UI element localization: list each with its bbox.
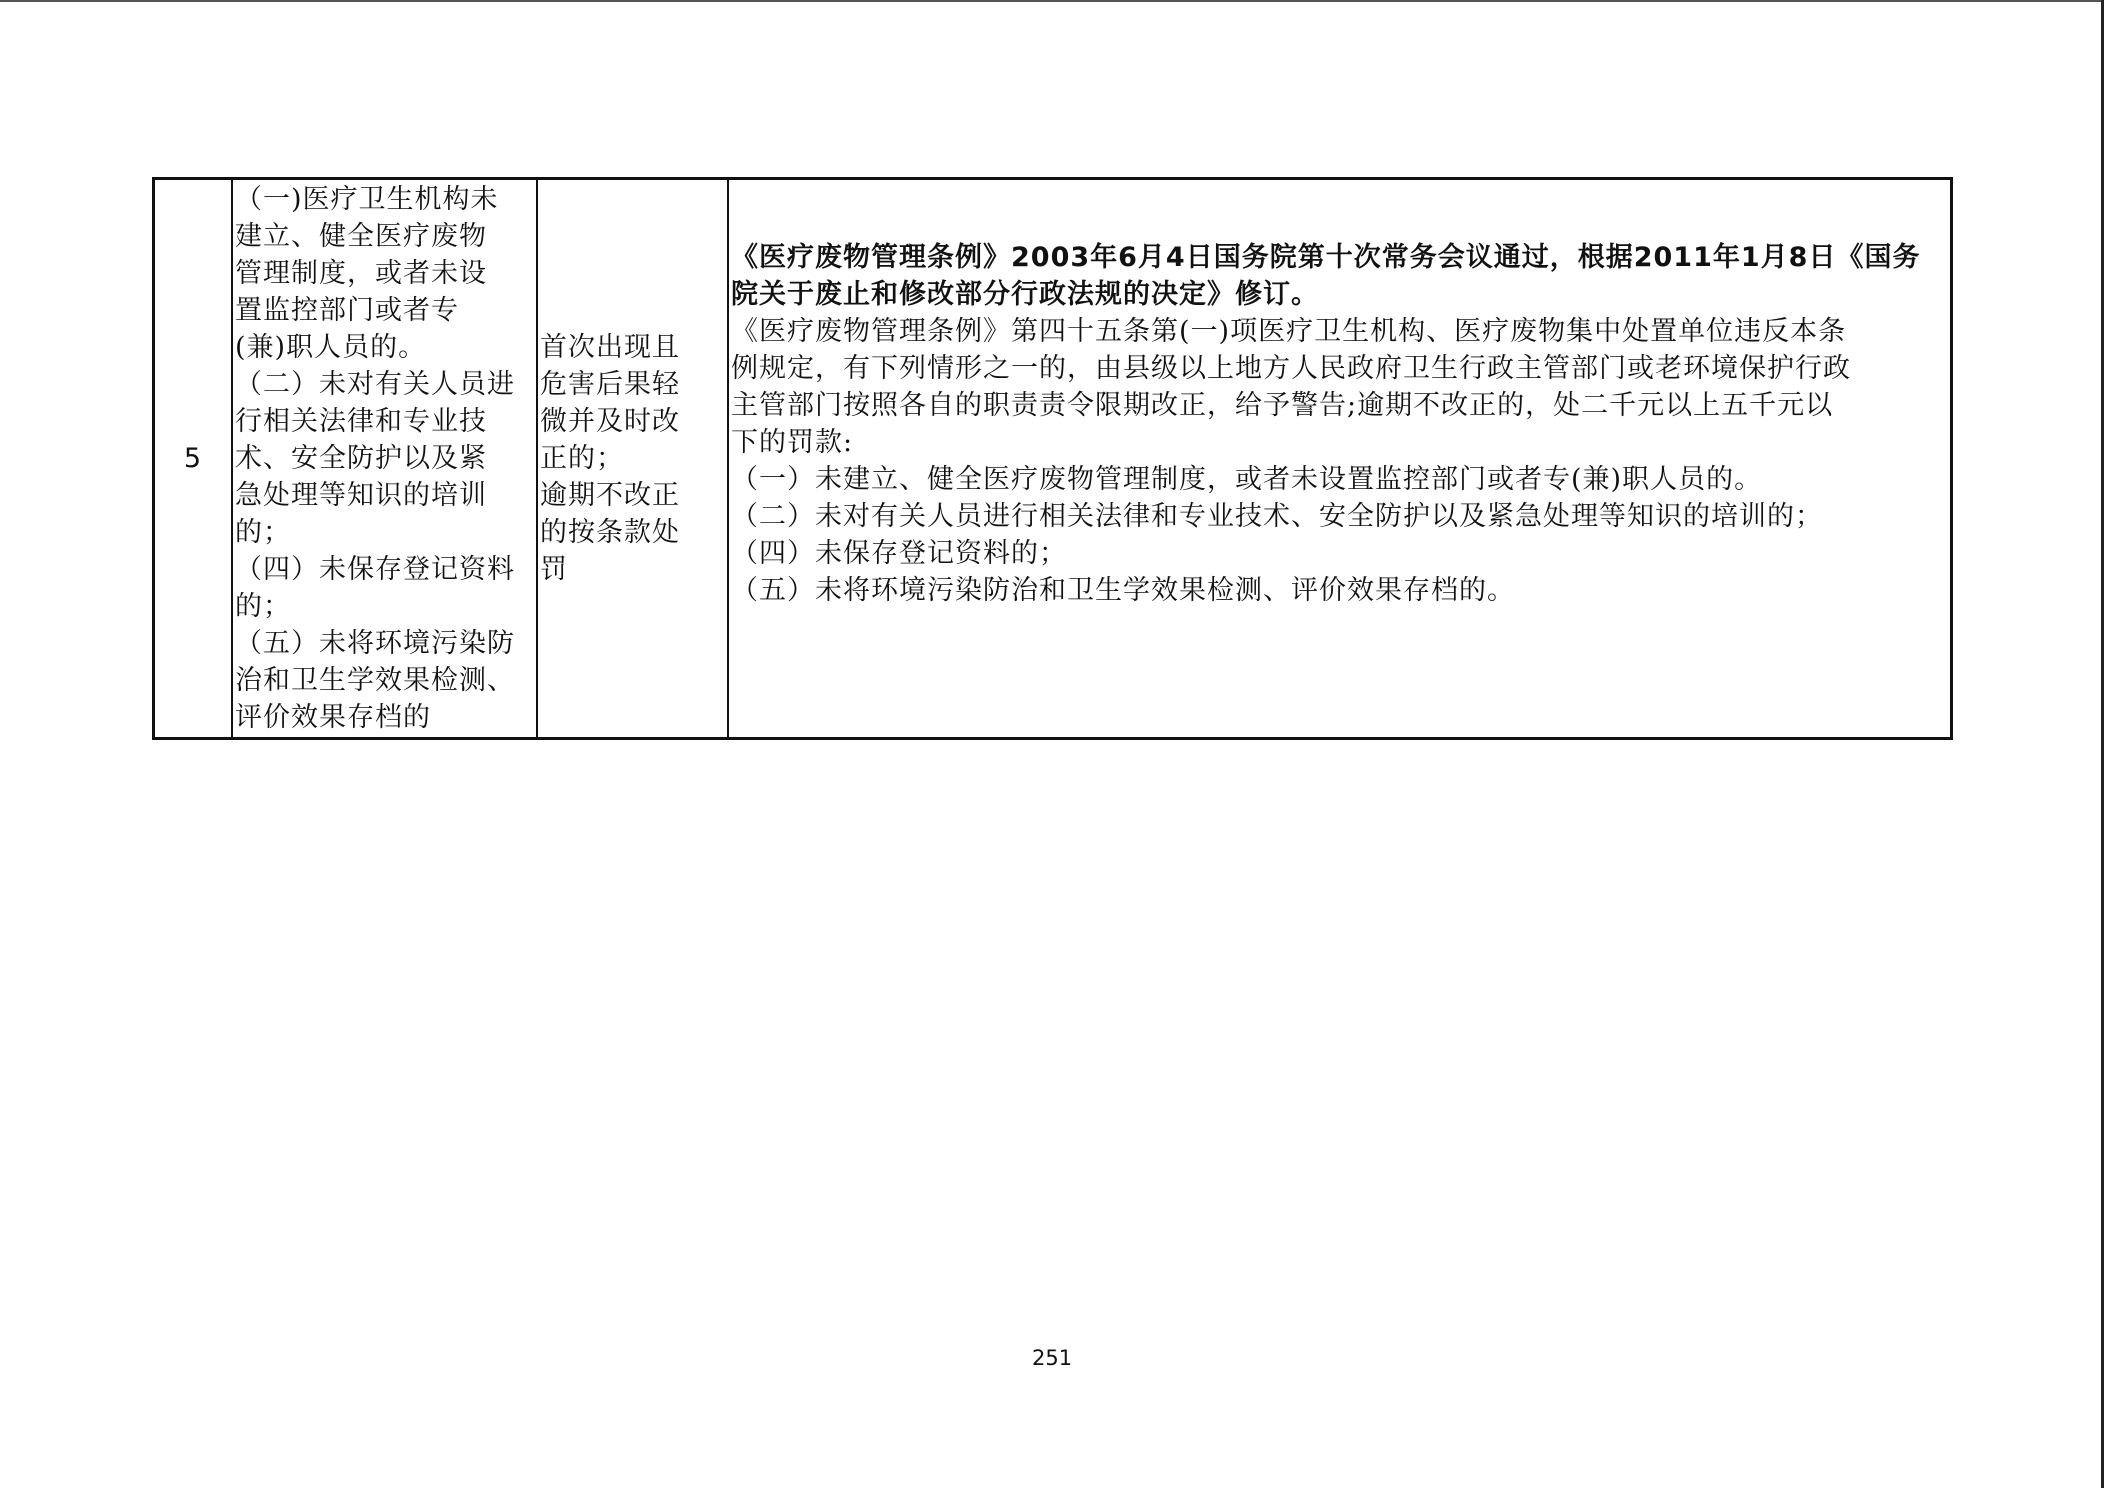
- basis-line: （一）未建立、健全医疗废物管理制度，或者未设置监控部门或者专(兼)职人员的。: [731, 461, 1948, 498]
- standard-line: 首次出现且: [540, 329, 725, 366]
- regulation-title-line: 院关于废止和修改部分行政法规的决定》修订。: [731, 276, 1948, 313]
- penalty-table: 5 （一)医疗卫生机构未 建立、健全医疗废物 管理制度，或者未设 置监控部门或者…: [152, 177, 1953, 740]
- condition-line: （五）未将环境污染防: [235, 625, 534, 662]
- row-number: 5: [184, 443, 202, 474]
- condition-line: 的；: [235, 514, 534, 551]
- basis-line: （四）未保存登记资料的；: [731, 535, 1948, 572]
- condition-line: 管理制度，或者未设: [235, 255, 534, 292]
- basis-line: （二）未对有关人员进行相关法律和专业技术、安全防护以及紧急处理等知识的培训的；: [731, 498, 1948, 535]
- table-row: 5 （一)医疗卫生机构未 建立、健全医疗废物 管理制度，或者未设 置监控部门或者…: [154, 179, 1952, 739]
- regulation-title-line: 《医疗废物管理条例》2003年6月4日国务院第十次常务会议通过，根据2011年1…: [731, 239, 1948, 276]
- condition-line: （二）未对有关人员进: [235, 366, 534, 403]
- page-number: 251: [1032, 1346, 1072, 1370]
- standard-line: 罚: [540, 551, 725, 588]
- standard-line: 危害后果轻: [540, 366, 725, 403]
- basis-line: 主管部门按照各自的职责责令限期改正，给予警告;逾期不改正的，处二千元以上五千元以: [731, 387, 1948, 424]
- page-top-border: [0, 0, 2104, 2]
- condition-line: 行相关法律和专业技: [235, 403, 534, 440]
- condition-line: 治和卫生学效果检测、: [235, 662, 534, 699]
- legal-basis-cell: 《医疗废物管理条例》2003年6月4日国务院第十次常务会议通过，根据2011年1…: [728, 179, 1952, 739]
- basis-line: 例规定，有下列情形之一的，由县级以上地方人民政府卫生行政主管部门或老环境保护行政: [731, 350, 1948, 387]
- standard-line: 逾期不改正: [540, 477, 725, 514]
- basis-line: 下的罚款:: [731, 424, 1948, 461]
- standard-line: 的按条款处: [540, 514, 725, 551]
- condition-line: （一)医疗卫生机构未: [235, 181, 534, 218]
- standard-line: 正的；: [540, 440, 725, 477]
- standard-line: 微并及时改: [540, 403, 725, 440]
- condition-line: 评价效果存档的: [235, 699, 534, 736]
- row-number-cell: 5: [154, 179, 233, 739]
- condition-line: （四）未保存登记资料: [235, 551, 534, 588]
- condition-line: 的；: [235, 588, 534, 625]
- basis-line: 《医疗废物管理条例》第四十五条第(一)项医疗卫生机构、医疗废物集中处置单位违反本…: [731, 313, 1948, 350]
- condition-line: 置监控部门或者专: [235, 292, 534, 329]
- condition-line: 建立、健全医疗废物: [235, 218, 534, 255]
- basis-line: （五）未将环境污染防治和卫生学效果检测、评价效果存档的。: [731, 572, 1948, 609]
- condition-line: 急处理等知识的培训: [235, 477, 534, 514]
- condition-line: 术、安全防护以及紧: [235, 440, 534, 477]
- condition-line: (兼)职人员的。: [235, 329, 534, 366]
- violation-conditions-cell: （一)医疗卫生机构未 建立、健全医疗废物 管理制度，或者未设 置监控部门或者专 …: [232, 179, 537, 739]
- discretion-standard-cell: 首次出现且 危害后果轻 微并及时改 正的； 逾期不改正 的按条款处 罚: [537, 179, 728, 739]
